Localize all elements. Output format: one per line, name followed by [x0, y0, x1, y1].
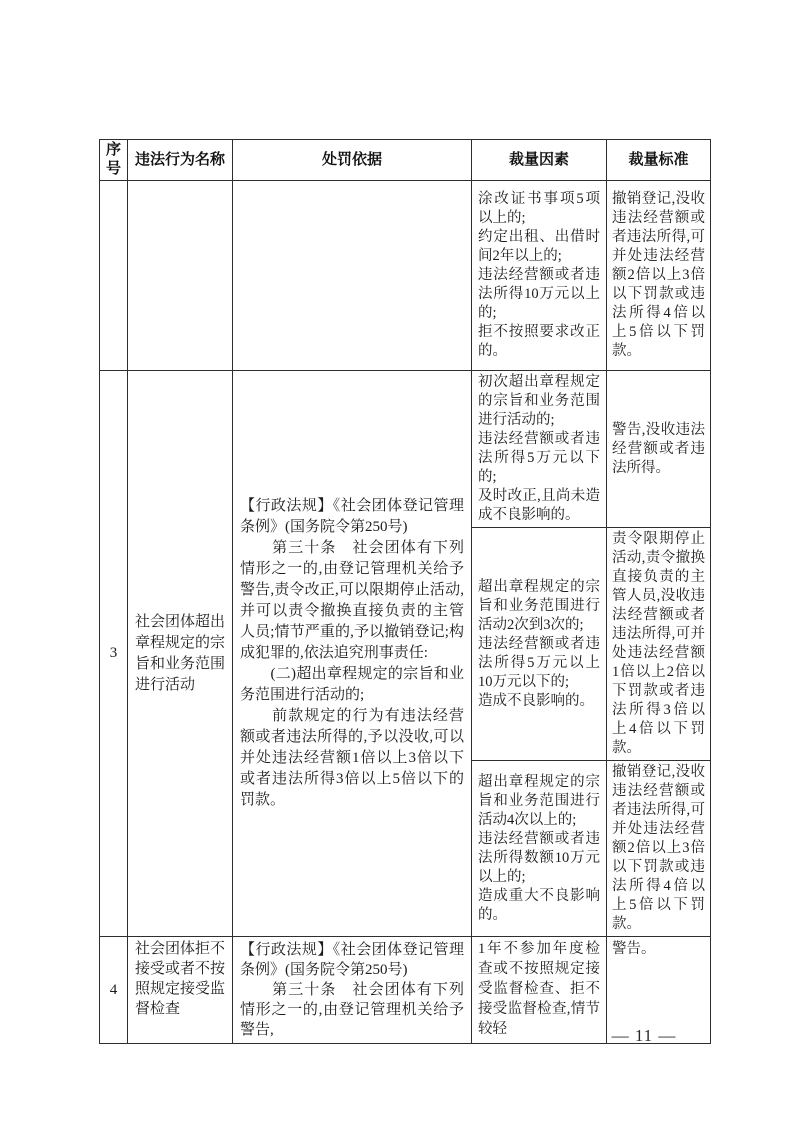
- col-header-index: 序号: [100, 140, 128, 181]
- col-header-discretion-factors: 裁量因素: [472, 140, 607, 181]
- discretion-factors-cell: 超出章程规定的宗旨和业务范围进行活动2次到3次的; 违法经营额或者违法所得5万元…: [472, 528, 607, 761]
- penalty-basis-cell: 【行政法规】《社会团体登记管理条例》(国务院令第250号) 第三十条 社会团体有…: [233, 937, 472, 1044]
- document-page: 序号 违法行为名称 处罚依据 裁量因素 裁量标准 涂改证书事项5项以上的; 约定…: [0, 0, 800, 1131]
- page-number: — 11 —: [588, 1026, 700, 1046]
- penalty-discretion-table: 序号 违法行为名称 处罚依据 裁量因素 裁量标准 涂改证书事项5项以上的; 约定…: [99, 139, 711, 1044]
- violation-name-cell: [128, 181, 233, 371]
- table-header-row: 序号 违法行为名称 处罚依据 裁量因素 裁量标准: [100, 140, 711, 181]
- table-row-continued: 涂改证书事项5项以上的; 约定出租、出借时间2年以上的; 违法经营额或者违法所得…: [100, 181, 711, 371]
- discretion-factors-cell: 超出章程规定的宗旨和业务范围进行活动4次以上的; 违法经营额或者违法所得数额10…: [472, 761, 607, 937]
- discretion-standard-cell: 责令限期停止活动,责令撤换直接负责的主管人员,没收违法经营额或者违法所得,可并处…: [607, 528, 711, 761]
- col-header-penalty-basis: 处罚依据: [233, 140, 472, 181]
- row-index-cell: 3: [100, 371, 128, 937]
- discretion-factors-cell: 初次超出章程规定的宗旨和业务范围进行活动的; 违法经营额或者违法所得5万元以下的…: [472, 371, 607, 528]
- discretion-factors-cell: 1年不参加年度检查或不按照规定接受监督检查、拒不接受监督检查,情节较轻: [472, 937, 607, 1044]
- penalty-basis-cell: [233, 181, 472, 371]
- discretion-standard-cell: 撤销登记,没收违法经营额或者违法所得,可并处违法经营额2倍以上3倍以下罚款或违法…: [607, 181, 711, 371]
- table-row-3-entry-1: 3 社会团体超出章程规定的宗旨和业务范围进行活动 【行政法规】《社会团体登记管理…: [100, 371, 711, 528]
- row-index-cell: [100, 181, 128, 371]
- row-index-cell: 4: [100, 937, 128, 1044]
- penalty-basis-cell: 【行政法规】《社会团体登记管理条例》(国务院令第250号) 第三十条 社会团体有…: [233, 371, 472, 937]
- discretion-factors-cell: 涂改证书事项5项以上的; 约定出租、出借时间2年以上的; 违法经营额或者违法所得…: [472, 181, 607, 371]
- col-header-discretion-standard: 裁量标准: [607, 140, 711, 181]
- col-header-violation-name: 违法行为名称: [128, 140, 233, 181]
- discretion-standard-cell: 撤销登记,没收违法经营额或者违法所得,可并处违法经营额2倍以上3倍以下罚款或违法…: [607, 761, 711, 937]
- violation-name-cell: 社会团体超出章程规定的宗旨和业务范围进行活动: [128, 371, 233, 937]
- discretion-standard-cell: 警告,没收违法经营额或者违法所得。: [607, 371, 711, 528]
- violation-name-cell: 社会团体拒不接受或者不按照规定接受监督检查: [128, 937, 233, 1044]
